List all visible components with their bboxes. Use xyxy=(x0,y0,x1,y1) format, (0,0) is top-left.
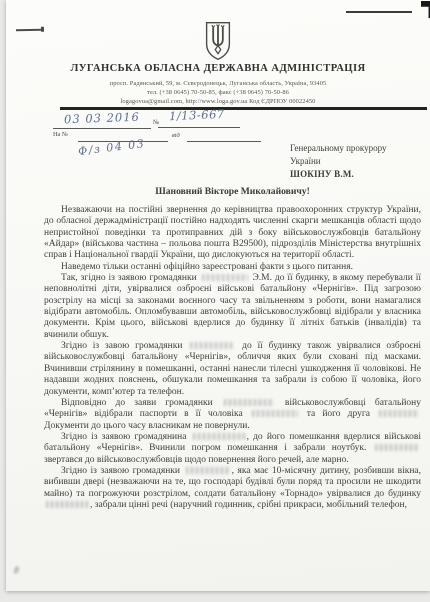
letterhead-contact: logagovua@gmail.com, http://www.loga.gov… xyxy=(6,98,430,105)
redacted-name xyxy=(46,501,88,508)
letterhead-phone: тел. (+38 0645) 70-50-85, факс (+38 0645… xyxy=(6,89,430,96)
body-paragraphs: Незважаючи на постійні звернення до кері… xyxy=(44,205,421,511)
addressee-title: Генеральному прокурору xyxy=(290,142,430,155)
addressee-country: України xyxy=(290,155,430,168)
body-paragraph: Згідно із заявою громадянина , до його п… xyxy=(44,432,421,466)
redacted-name xyxy=(190,342,234,349)
scan-artifact-line xyxy=(346,11,412,13)
handwritten-date: 03 03 2016 xyxy=(64,110,140,127)
redacted-name xyxy=(224,399,274,406)
redacted-name xyxy=(379,410,419,417)
redacted-name xyxy=(252,410,298,417)
scan-artifact-dash xyxy=(16,29,42,31)
addressee-name: ШОКІНУ В.М. xyxy=(290,168,430,181)
salutation: Шановний Вікторе Миколайовичу! xyxy=(44,186,421,197)
organization-name: ЛУГАНСЬКА ОБЛАСНА ДЕРЖАВНА АДМІНІСТРАЦІЯ xyxy=(6,63,430,74)
letterhead-address: просп. Радянський, 59, м. Сєвєродонецьк,… xyxy=(6,80,430,87)
letter-page: ЛУГАНСЬКА ОБЛАСНА ДЕРЖАВНА АДМІНІСТРАЦІЯ… xyxy=(6,0,430,591)
body-paragraph: Згідно із заявою громадянки , яка має 10… xyxy=(44,466,421,511)
scan-artifact-smudge xyxy=(13,565,20,574)
ukraine-trident-emblem xyxy=(204,21,232,61)
body-paragraph: Згідно із завою громадянки до її будинку… xyxy=(44,341,421,398)
reply-number-label: На № xyxy=(53,131,68,138)
redacted-name xyxy=(375,444,419,451)
body-paragraph: Наведемо тільки останні офіційно зареєст… xyxy=(44,262,421,273)
redacted-name xyxy=(193,433,245,440)
letterhead-rule xyxy=(60,107,427,110)
reply-date-label: від xyxy=(172,132,180,139)
number-label: № xyxy=(153,119,159,126)
redacted-name xyxy=(202,274,248,281)
scan-artifact-corner-fold xyxy=(421,1,430,18)
handwritten-outgoing-number: 1/13-667 xyxy=(169,107,225,123)
redacted-name xyxy=(186,467,230,474)
body-paragraph: Відповідно до заяви громадянки військово… xyxy=(44,398,421,432)
scanned-letter-background: ЛУГАНСЬКА ОБЛАСНА ДЕРЖАВНА АДМІНІСТРАЦІЯ… xyxy=(0,0,430,602)
body-paragraph: Так, згідно із заявою громадянки Э.М. до… xyxy=(44,273,421,341)
date-underline xyxy=(53,128,151,129)
reply-date-underline xyxy=(187,141,261,142)
number-underline xyxy=(158,127,240,128)
addressee-block: Генеральному прокурору України ШОКІНУ В.… xyxy=(290,142,430,182)
body-paragraph: Незважаючи на постійні звернення до кері… xyxy=(44,205,421,262)
